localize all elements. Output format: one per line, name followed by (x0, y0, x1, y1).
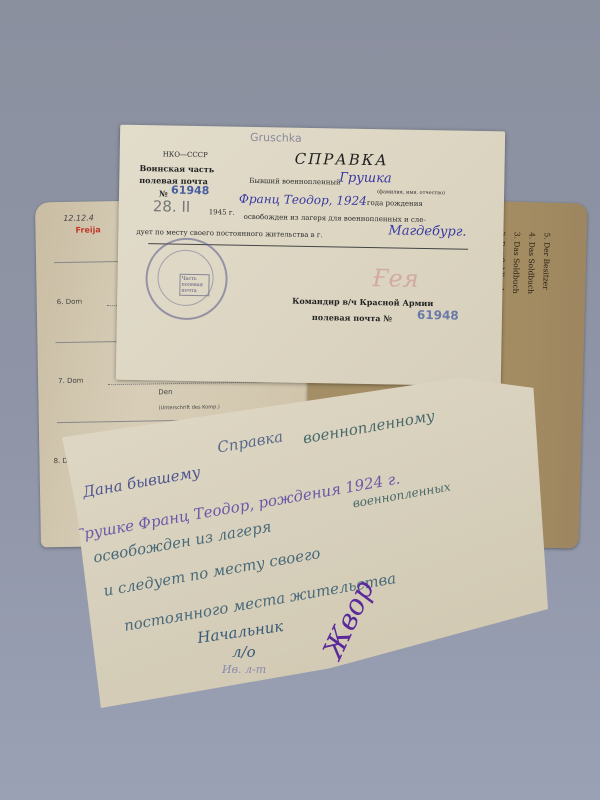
official-round-stamp: Часть полевая почта (145, 237, 228, 320)
booklet-row: 6. Dom (57, 298, 83, 306)
booklet-field: Den (158, 388, 172, 396)
pencil-note: Gruschka (250, 131, 302, 145)
certificate-title: СПРАВКА (295, 150, 389, 170)
spravka-certificate: Gruschka НКО—СССР Воинская часть полевая… (116, 125, 505, 387)
unit-number-stamp: 61948 (171, 184, 210, 198)
surname-handwriting: Грушка (339, 170, 392, 186)
booklet-red-heading: Freija (75, 225, 100, 234)
commander-number-stamp: 61948 (417, 308, 459, 323)
date-stamp: 28. II (153, 197, 191, 216)
red-pencil-mark: Ғея (372, 264, 418, 293)
handwritten-note: Справка военнопленному Дана бывшему Груш… (62, 378, 548, 708)
booklet-field: (Unterschrift des Komp.) (159, 404, 220, 411)
header-org: НКО—СССР (163, 150, 208, 159)
booklet-header-handwriting: 12.12.4 (63, 213, 94, 223)
city-handwriting: Магдебург. (388, 223, 466, 239)
unit-line1: Воинская часть (139, 163, 214, 174)
given-names-handwriting: Франц Теодор, 1924 (239, 192, 367, 208)
booklet-row: 7. Dom (58, 377, 84, 385)
